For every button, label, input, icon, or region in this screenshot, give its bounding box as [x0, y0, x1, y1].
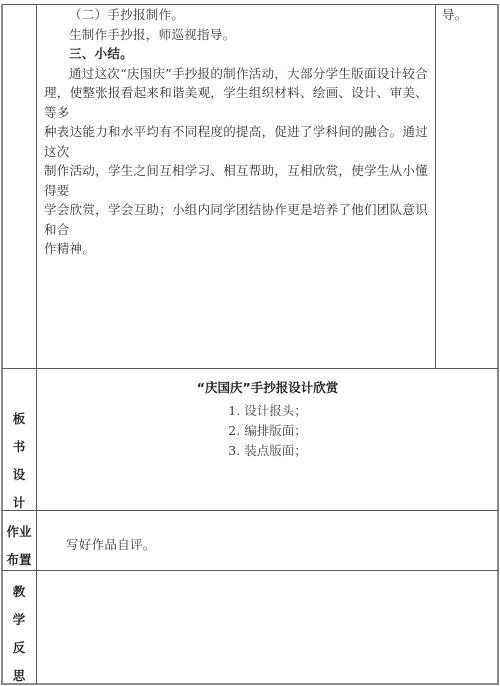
teaching-process-cell: （二）手抄报制作。 生制作手抄报，师巡视指导。 三、小结。 通过这次“庆国庆”手… — [44, 5, 434, 259]
label-char: 书 — [2, 433, 36, 461]
label-char: 学 — [2, 606, 36, 634]
board-design-item: 2. 编排版面； — [37, 421, 498, 439]
label-char: 思 — [2, 662, 36, 686]
process-line: 种表达能力和水平均有不同程度的提高，促进了学科间的融合。通过这次 — [44, 122, 434, 161]
process-line: 作精神。 — [44, 239, 434, 259]
notes-cell: 导。 — [442, 5, 496, 25]
label-line: 布置 — [2, 546, 36, 574]
board-design-title: “庆国庆”手抄报设计欣赏 — [37, 378, 498, 396]
row-divider-reflection — [2, 570, 498, 571]
label-column-divider — [36, 4, 37, 684]
board-design-item: 1. 设计报头； — [37, 401, 498, 419]
process-line: （二）手抄报制作。 — [44, 5, 434, 25]
table-right-border — [497, 4, 499, 684]
notes-text: 导。 — [442, 5, 496, 25]
label-char: 反 — [2, 634, 36, 662]
notes-column-divider — [435, 4, 436, 368]
process-line: 理，使整张报看起来和谐美观，学生组织材料、绘画、设计、审美、等多 — [44, 83, 434, 122]
row-divider-board — [2, 368, 498, 369]
section-heading-summary: 三、小结。 — [44, 44, 434, 64]
label-char: 板 — [2, 405, 36, 433]
label-char: 设 — [2, 461, 36, 489]
homework-label: 作业 布置 — [2, 518, 36, 574]
process-line: 生制作手抄报，师巡视指导。 — [44, 25, 434, 45]
label-char: 教 — [2, 578, 36, 606]
process-line: 通过这次“庆国庆”手抄报的制作活动，大部分学生版面设计较合 — [44, 64, 434, 84]
row-divider-homework — [2, 510, 498, 511]
homework-text: 写好作品自评。 — [66, 535, 466, 555]
board-design-item: 3. 装点版面； — [37, 441, 498, 459]
reflection-label: 教 学 反 思 — [2, 578, 36, 686]
label-line: 作业 — [2, 518, 36, 546]
process-line: 学会欣赏，学会互助；小组内同学团结协作更是培养了他们团队意识和合 — [44, 200, 434, 239]
label-char: 计 — [2, 489, 36, 517]
board-design-label: 板 书 设 计 — [2, 405, 36, 517]
process-line: 制作活动，学生之间互相学习、相互帮助，互相欣赏，使学生从小懂得要 — [44, 161, 434, 200]
table-bottom-border — [1, 683, 499, 685]
